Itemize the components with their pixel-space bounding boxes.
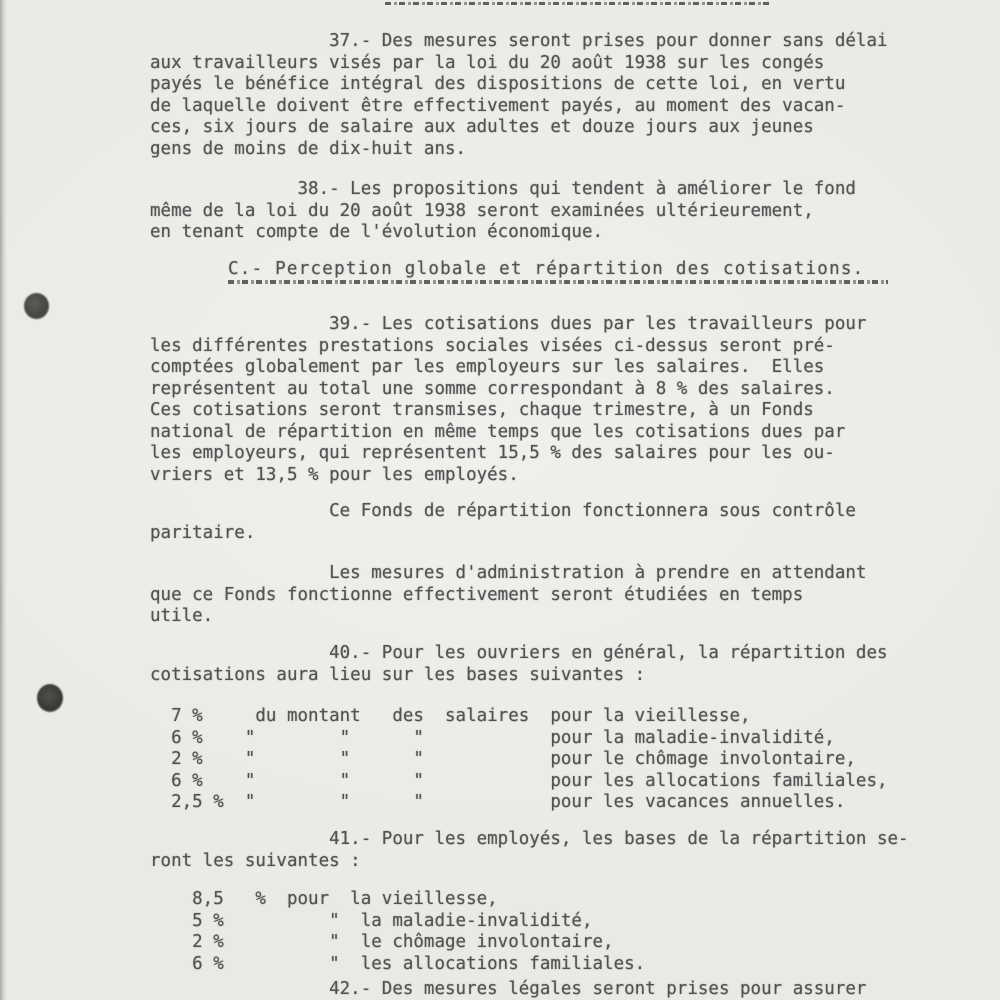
section-heading-c: C.- Perception globale et répartition de…	[228, 259, 864, 281]
scanned-page: 37.- Des mesures seront prises pour donn…	[0, 0, 1000, 1000]
paragraph-37: 37.- Des mesures seront prises pour donn…	[150, 31, 888, 160]
section-heading-underline	[228, 280, 888, 284]
list-repartition-ouvriers: 7 % du montant des salaires pour la viei…	[150, 706, 888, 814]
paragraph-42: 42.- Des mesures légales seront prises p…	[150, 979, 866, 1000]
hole-punch-bottom	[37, 684, 63, 712]
paragraph-39: 39.- Les cotisations dues par les travai…	[150, 314, 866, 486]
paragraph-41: 41.- Pour les employés, les bases de la …	[150, 829, 909, 872]
paragraph-fonds: Ce Fonds de répartition fonctionnera sou…	[150, 501, 856, 544]
paragraph-40: 40.- Pour les ouvriers en général, la ré…	[150, 643, 888, 686]
paragraph-mesures: Les mesures d'administration à prendre e…	[150, 563, 866, 628]
paragraph-38: 38.- Les propositions qui tendent à amél…	[150, 179, 856, 244]
typewritten-text-layer: 37.- Des mesures seront prises pour donn…	[0, 0, 1000, 1000]
hole-punch-top	[24, 293, 49, 319]
list-repartition-employes: 8,5 % pour la vieillesse, 5 % " la malad…	[150, 889, 645, 975]
